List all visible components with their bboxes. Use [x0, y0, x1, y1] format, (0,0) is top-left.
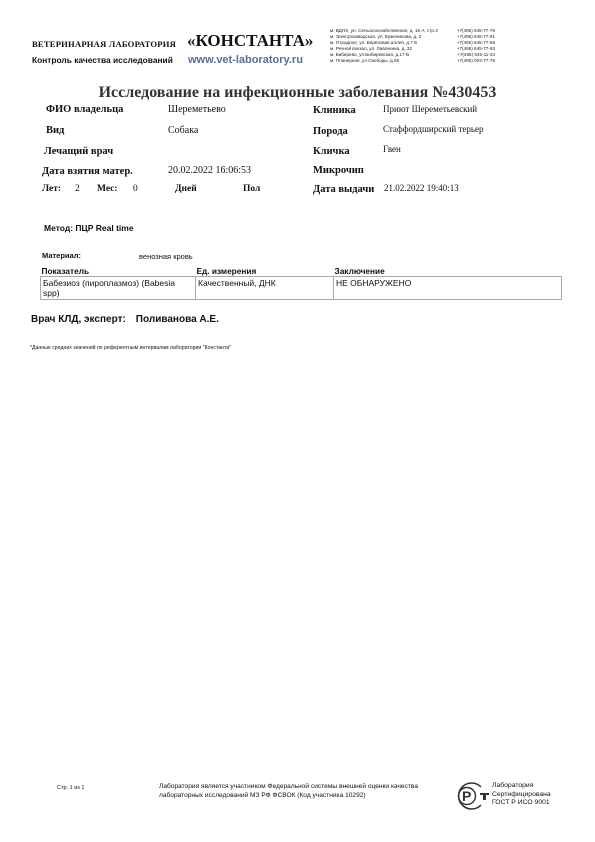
document-title: Исследование на инфекционные заболевания…: [0, 84, 595, 102]
column-header: Заключение: [334, 266, 562, 277]
breed-value: Стаффордширский терьер: [383, 124, 484, 134]
nickname-value: Гвен: [383, 144, 401, 154]
years-value: 2: [75, 184, 80, 194]
cert-line: Лаборатория: [492, 782, 551, 791]
months-value: 0: [133, 184, 138, 194]
phone: +7(495) 003-77-76: [457, 58, 495, 64]
material-label: Материал:: [42, 251, 81, 260]
owner-label: ФИО владельца: [46, 104, 123, 115]
fsvok-line: лабораторных исследований МЗ РФ ФСВОК (К…: [159, 792, 449, 801]
owner-value: Шереметьево: [168, 104, 226, 115]
lab-name: ВЕТЕРИНАРНАЯ ЛАБОРАТОРИЯ: [32, 39, 176, 49]
signature-name: Поливанова А.Е.: [136, 314, 219, 325]
certification-text: Лаборатория Сертифицирована ГОСТ Р ИСО 9…: [492, 782, 551, 808]
address-row: м. Планерная, ул.Свободы, д.65+7(495) 00…: [330, 58, 495, 64]
method: Метод: ПЦР Real time: [44, 223, 134, 233]
issue-date-value: 21.02.2022 19:40:13: [384, 183, 459, 193]
breed-label: Порода: [313, 126, 348, 137]
date-taken-value: 20.02.2022 16:06:53: [168, 165, 251, 176]
page-number: Стр. 1 из 1: [57, 785, 84, 791]
clinic-label: Клиника: [313, 105, 356, 116]
table-header-row: Показатель Ед. измерения Заключение: [41, 266, 562, 277]
website-link[interactable]: www.vet-laboratory.ru: [188, 54, 303, 66]
species-label: Вид: [46, 125, 64, 136]
column-header: Ед. измерения: [196, 266, 334, 277]
clinic-value: Приют Шереметьевский: [383, 104, 477, 114]
doctor-label: Лечащий врач: [44, 146, 113, 157]
address-list: м. ВДНХ, ул. Сельскохозяйственная, д. 16…: [330, 28, 495, 65]
months-label: Мес:: [97, 184, 118, 194]
unit-cell: Качественный, ДНК: [196, 277, 334, 300]
indicator-cell: Бабезиоз (пироплазмоз) (Babesia spp): [41, 277, 196, 300]
lab-subtitle: Контроль качества исследований: [32, 55, 173, 65]
footnote: *Данные средних значений по референтным …: [30, 345, 231, 351]
gost-r-certification-icon: Р: [453, 780, 493, 812]
results-table: Показатель Ед. измерения Заключение Бабе…: [40, 266, 562, 300]
species-value: Собака: [168, 125, 198, 136]
cert-line: Сертифицирована: [492, 791, 551, 800]
column-header: Показатель: [41, 266, 196, 277]
svg-text:Р: Р: [462, 788, 471, 804]
date-taken-label: Дата взятия матер.: [42, 166, 133, 177]
material-value: венозная кровь: [139, 252, 193, 261]
nickname-label: Кличка: [313, 146, 350, 157]
fsvok-line: Лаборатория является участником Федераль…: [159, 783, 449, 792]
brand-name: «КОНСТАНТА»: [187, 31, 313, 51]
table-row: Бабезиоз (пироплазмоз) (Babesia spp) Кач…: [41, 277, 562, 300]
conclusion-cell: НЕ ОБНАРУЖЕНО: [334, 277, 562, 300]
signature-label: Врач КЛД, эксперт:: [31, 314, 126, 325]
fsvok-notice: Лаборатория является участником Федераль…: [159, 783, 449, 800]
issue-date-label: Дата выдачи: [313, 184, 374, 195]
days-label: Дней: [175, 184, 197, 194]
years-label: Лет:: [42, 184, 61, 194]
cert-line: ГОСТ Р ИСО 9001: [492, 799, 551, 808]
signature: Врач КЛД, эксперт:Поливанова А.Е.: [31, 314, 219, 325]
address: м. Планерная, ул.Свободы, д.65: [330, 58, 399, 64]
sex-label: Пол: [243, 184, 260, 194]
microchip-label: Микрочип: [313, 165, 364, 176]
